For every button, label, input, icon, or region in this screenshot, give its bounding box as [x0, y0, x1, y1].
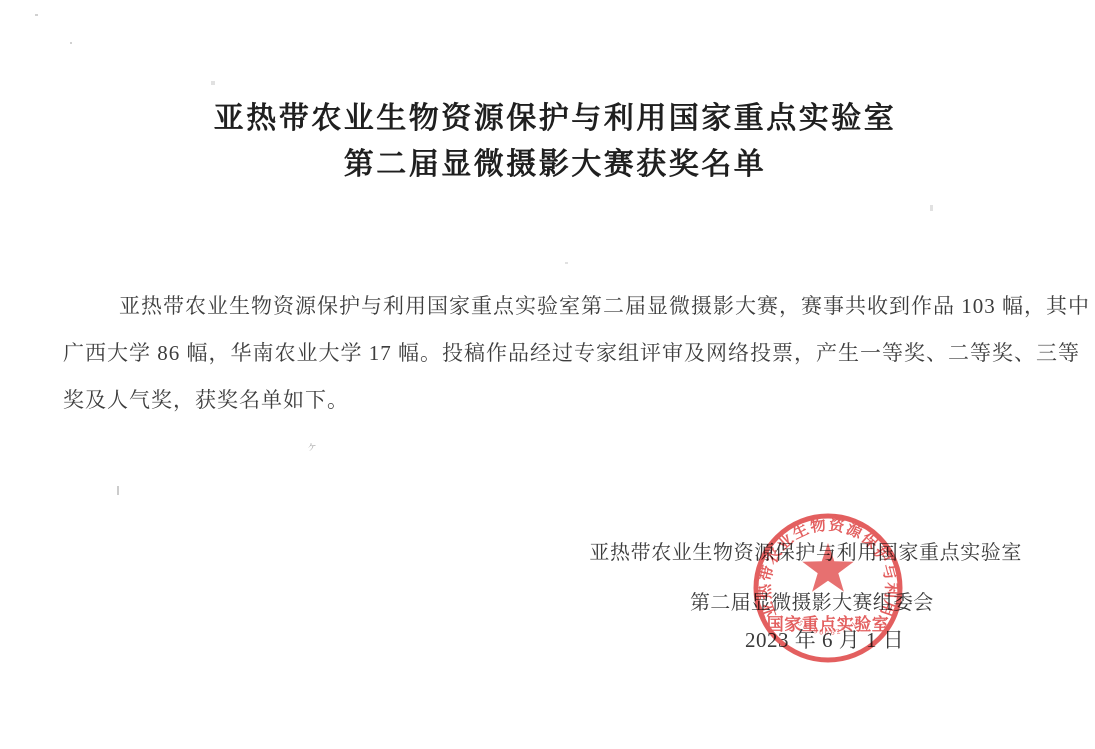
title-line-1: 亚热带农业生物资源保护与利用国家重点实验室 [15, 96, 1095, 142]
body-line-1: 亚热带农业生物资源保护与利用国家重点实验室第二届显微摄影大赛，赛事共收到作品 1… [63, 283, 1035, 330]
signature-organization-line-2: 第二届显微摄影大赛组委会 [690, 586, 934, 615]
title-line-2: 第二届显微摄影大赛获奖名单 [15, 142, 1095, 188]
scan-speck [117, 486, 119, 495]
scan-speck [35, 14, 38, 16]
scan-speck [70, 42, 72, 44]
scanned-document-page: 亚热带农业生物资源保护与利用国家重点实验室 第二届显微摄影大赛获奖名单 亚热带农… [0, 0, 1095, 749]
scan-speck: ヶ [306, 437, 311, 449]
scan-speck [565, 262, 568, 264]
body-line-2: 广西大学 86 幅，华南农业大学 17 幅。投稿作品经过专家组评审及网络投票，产… [63, 330, 1035, 377]
scan-speck [211, 81, 215, 85]
body-paragraph: 亚热带农业生物资源保护与利用国家重点实验室第二届显微摄影大赛，赛事共收到作品 1… [63, 283, 1035, 424]
document-title: 亚热带农业生物资源保护与利用国家重点实验室 第二届显微摄影大赛获奖名单 [15, 96, 1095, 188]
body-line-3: 奖及人气奖，获奖名单如下。 [63, 377, 1035, 424]
scan-speck [930, 205, 933, 211]
signature-organization-line-1: 亚热带农业生物资源保护与利用国家重点实验室 [589, 536, 1022, 565]
signature-date: 2023 年 6 月 1 日 [745, 624, 904, 654]
